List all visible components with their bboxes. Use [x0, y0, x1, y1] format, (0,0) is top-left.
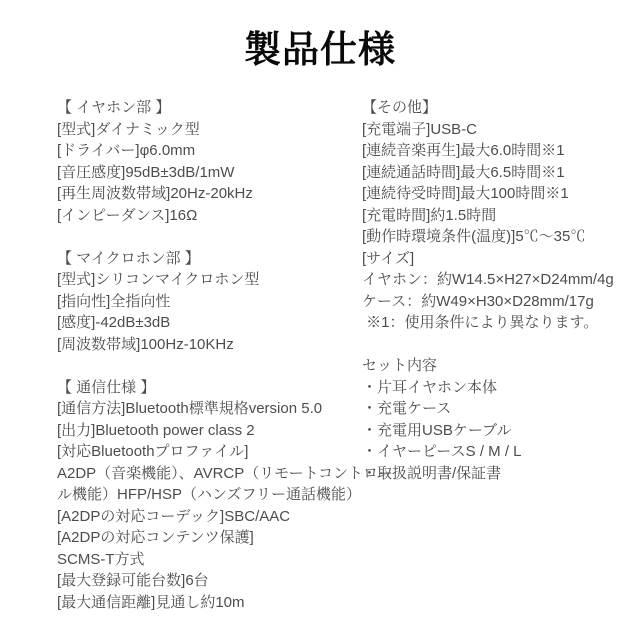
spec-line: [A2DPの対応コンテンツ保護]: [57, 527, 357, 549]
spec-line: [充電端子]USB-C: [362, 119, 637, 141]
spec-line: [出力]Bluetooth power class 2: [57, 420, 357, 442]
bullet-line: ・イヤーピースS / M / L: [362, 441, 637, 463]
spec-line: [再生周波数帯域]20Hz-20kHz: [57, 183, 357, 205]
bullet-line: ・取扱説明書/保証書: [362, 463, 637, 485]
spec-line: [指向性]全指向性: [57, 291, 357, 313]
spec-column-right: 【その他】 [充電端子]USB-C [連続音楽再生]最大6.0時間※1 [連続通…: [362, 97, 637, 484]
spec-line: [型式]ダイナミック型: [57, 119, 357, 141]
section-other-heading: 【その他】: [362, 97, 637, 119]
bullet-line: ・充電ケース: [362, 398, 637, 420]
section-communication: 【 通信仕様 】 [通信方法]Bluetooth標準規格version 5.0 …: [57, 377, 357, 614]
spec-line: [音圧感度]95dB±3dB/1mW: [57, 162, 357, 184]
section-earphone-heading: 【 イヤホン部 】: [57, 97, 357, 119]
bullet-line: ・片耳イヤホン本体: [362, 377, 637, 399]
section-set-contents: セット内容 ・片耳イヤホン本体 ・充電ケース ・充電用USBケーブル ・イヤーピ…: [362, 355, 637, 484]
spec-line: [インピーダンス]16Ω: [57, 205, 357, 227]
section-other: 【その他】 [充電端子]USB-C [連続音楽再生]最大6.0時間※1 [連続通…: [362, 97, 637, 334]
spec-column-left: 【 イヤホン部 】 [型式]ダイナミック型 [ドライバー]φ6.0mm [音圧感…: [57, 97, 357, 613]
spec-line: [最大登録可能台数]6台: [57, 570, 357, 592]
section-set-contents-heading: セット内容: [362, 355, 637, 377]
bullet-line: ・充電用USBケーブル: [362, 420, 637, 442]
spec-line: [サイズ]: [362, 248, 637, 270]
spec-line: [ドライバー]φ6.0mm: [57, 140, 357, 162]
spec-line: [感度]-42dB±3dB: [57, 312, 357, 334]
spec-line: [最大通信距離]見通し約10m: [57, 592, 357, 614]
spec-line: ケース：約W49×H30×D28mm/17g: [362, 291, 637, 313]
spec-line: SCMS-T方式: [57, 549, 357, 571]
spec-line: [連続通話時間]最大6.5時間※1: [362, 162, 637, 184]
page-title: 製品仕様: [0, 28, 640, 72]
footnote-line: ※1：使用条件により異なります。: [362, 312, 637, 334]
spec-line: [連続音楽再生]最大6.0時間※1: [362, 140, 637, 162]
spec-line: [対応Bluetoothプロファイル]: [57, 441, 357, 463]
spec-line: A2DP（音楽機能）、AVRCP（リモートコントロー: [57, 463, 357, 485]
spec-line: [通信方法]Bluetooth標準規格version 5.0: [57, 398, 357, 420]
spec-line: [動作時環境条件(温度)]5℃～35℃: [362, 226, 637, 248]
spec-line: [周波数帯域]100Hz-10KHz: [57, 334, 357, 356]
spec-line: ル機能）HFP/HSP（ハンズフリー通話機能）: [57, 484, 357, 506]
section-microphone-heading: 【 マイクロホン部 】: [57, 248, 357, 270]
spec-line: [A2DPの対応コーデック]SBC/AAC: [57, 506, 357, 528]
section-communication-heading: 【 通信仕様 】: [57, 377, 357, 399]
section-microphone: 【 マイクロホン部 】 [型式]シリコンマイクロホン型 [指向性]全指向性 [感…: [57, 248, 357, 356]
spec-line: [充電時間]約1.5時間: [362, 205, 637, 227]
spec-line: [型式]シリコンマイクロホン型: [57, 269, 357, 291]
section-earphone: 【 イヤホン部 】 [型式]ダイナミック型 [ドライバー]φ6.0mm [音圧感…: [57, 97, 357, 226]
spec-line: イヤホン：約W14.5×H27×D24mm/4g: [362, 269, 637, 291]
spec-line: [連続待受時間]最大100時間※1: [362, 183, 637, 205]
